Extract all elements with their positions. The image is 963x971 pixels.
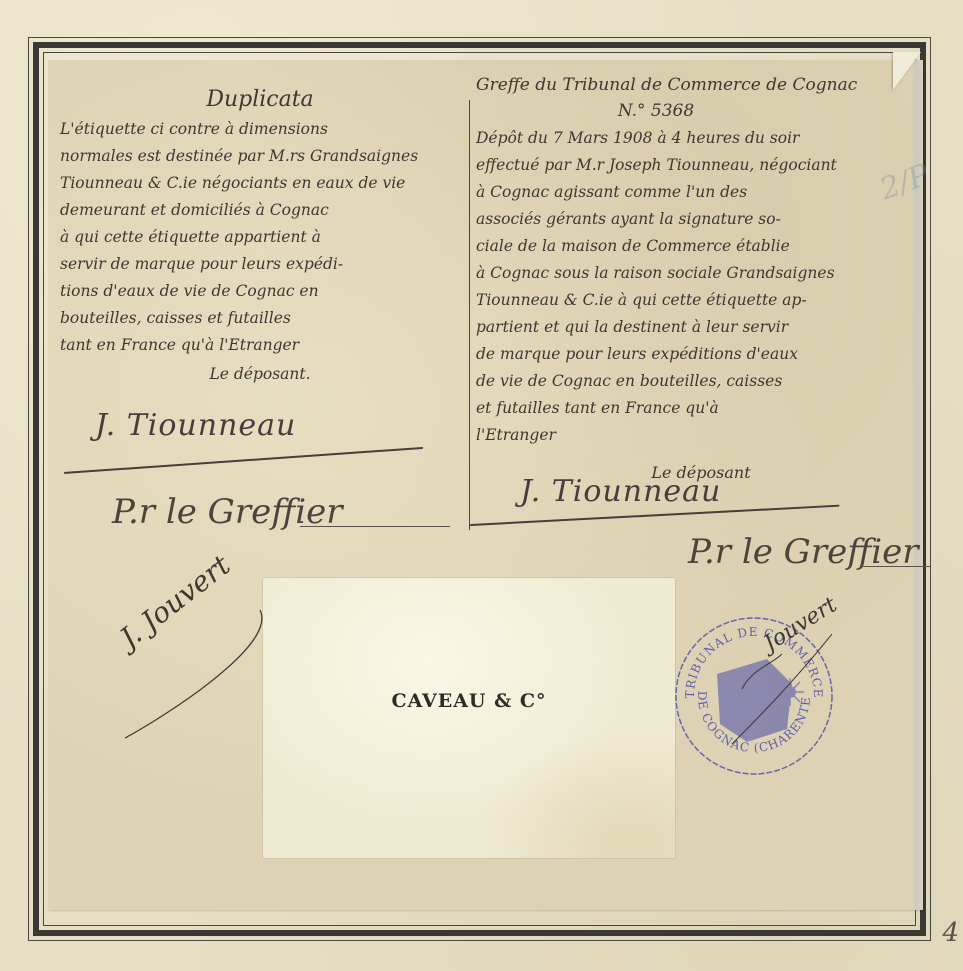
- duplicata-line: à qui cette étiquette appartient à: [60, 224, 460, 251]
- page-number-mark: 4: [942, 918, 959, 948]
- duplicata-title: Duplicata: [60, 84, 460, 116]
- depositor-signature-left: J. Tiounneau: [95, 408, 296, 443]
- duplicata-line: L'étiquette ci contre à dimensions: [60, 116, 460, 143]
- greffe-record-line: Dépôt du 7 Mars 1908 à 4 heures du soir: [476, 125, 926, 152]
- greffe-record-text: Dépôt du 7 Mars 1908 à 4 heures du soire…: [476, 125, 926, 449]
- pasted-label-card: CAVEAU & C°: [263, 578, 675, 858]
- depositor-signature-right: J. Tiounneau: [520, 474, 721, 509]
- duplicata-text: L'étiquette ci contre à dimensionsnormal…: [60, 116, 460, 359]
- greffe-record-line: de marque pour leurs expéditions d'eaux: [476, 341, 926, 368]
- duplicata-line: servir de marque pour leurs expédi-: [60, 251, 460, 278]
- greffe-record-line: de vie de Cognac en bouteilles, caisses: [476, 368, 926, 395]
- greffe-record-line: effectué par M.r Joseph Tiounneau, négoc…: [476, 152, 926, 179]
- column-divider: [469, 100, 470, 530]
- duplicata-line: normales est destinée par M.rs Grandsaig…: [60, 143, 460, 170]
- label-brand-text: CAVEAU & C°: [263, 690, 675, 712]
- duplicata-line: bouteilles, caisses et futailles: [60, 305, 460, 332]
- greffe-header: Greffe du Tribunal de Commerce de Cognac: [476, 72, 926, 98]
- greffe-record-line: et futailles tant en France qu'à: [476, 395, 926, 422]
- greffe-record-line: Tiounneau & C.ie à qui cette étiquette a…: [476, 287, 926, 314]
- left-deposant-label: Le déposant.: [60, 361, 460, 388]
- greffe-record-line: à Cognac sous la raison sociale Grandsai…: [476, 260, 926, 287]
- greffe-record-line: associés gérants ayant la signature so-: [476, 206, 926, 233]
- court-seal-stamp: TRIBUNAL DE COMMERCE DE COGNAC (CHARENTE…: [672, 614, 836, 778]
- greffe-record-line: ciale de la maison de Commerce établie: [476, 233, 926, 260]
- duplicata-line: tant en France qu'à l'Etranger: [60, 332, 460, 359]
- judge-signature-stroke: [120, 600, 280, 740]
- greffe-record-line: partient et qui la destinent à leur serv…: [476, 314, 926, 341]
- greffe-record-line: à Cognac agissant comme l'un des: [476, 179, 926, 206]
- duplicata-line: tions d'eaux de vie de Cognac en: [60, 278, 460, 305]
- deposit-number: N.° 5368: [476, 98, 926, 125]
- greffier-tail-right: [860, 566, 930, 567]
- greffier-tail-left: [300, 526, 450, 527]
- duplicata-line: Tiounneau & C.ie négociants en eaux de v…: [60, 170, 460, 197]
- left-column-duplicata: Duplicata L'étiquette ci contre à dimens…: [60, 84, 460, 388]
- right-column-greffe-record: Greffe du Tribunal de Commerce de Cognac…: [476, 72, 926, 486]
- duplicata-line: demeurant et domiciliés à Cognac: [60, 197, 460, 224]
- greffe-record-line: l'Etranger: [476, 422, 926, 449]
